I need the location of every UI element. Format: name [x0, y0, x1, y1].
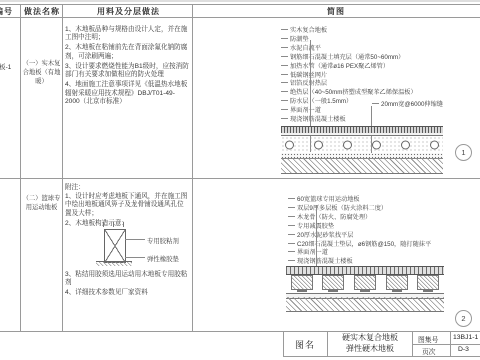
row1-expansion-joint-label: 20mm宽@6000伸缩缝 — [372, 99, 443, 108]
page-top-edge — [0, 0, 480, 2]
wood-block-sketch — [104, 229, 126, 263]
material-label: 界面剂一道 — [281, 107, 417, 116]
row2-section-diagram — [286, 266, 444, 311]
header-col-name: 做法名称 — [24, 6, 60, 17]
pipe-icon — [314, 140, 323, 149]
titleblock-line — [412, 344, 480, 345]
note-line: 4、详细技术参数见厂家资料 — [65, 289, 189, 297]
joist-block — [291, 275, 313, 290]
col-line-3 — [192, 4, 193, 331]
row1-name: （一）实木复合地板（有地暖） — [21, 59, 62, 86]
joist-block — [417, 275, 439, 290]
concrete-fill-layer — [281, 136, 443, 154]
joist-block — [322, 275, 344, 290]
spec-line: 4、地面施工注意事项详见《低温热水地板辐射采暖应用技术规程》DBJ/T01-49… — [65, 81, 189, 106]
pad-label: 弹性橡胶垫 — [147, 254, 179, 263]
col-line-1 — [20, 4, 21, 331]
detail-callout-1: 1 — [455, 144, 472, 161]
material-label: 双层9厚多层板（防火涂料二度） — [288, 205, 431, 214]
detail-callout-2: 2 — [455, 310, 472, 327]
row2-notes-bottom: 3、粘结用胶须选用运动用木地板专用胶粘剂4、详细技术参数见厂家资料 — [65, 271, 189, 299]
material-label: 绝热层（40~50mm挤塑成型聚苯乙烯保温板） — [281, 89, 417, 98]
header-bottom-line — [0, 17, 480, 18]
leader-line — [316, 205, 317, 267]
page-number-value: D-3 — [458, 346, 469, 353]
pipe-icon — [372, 140, 381, 149]
inset-base-hatch — [96, 261, 132, 266]
spec-line: 2、木地板在粘铺前先在背面涂氟化钠防腐剂，可涂刷两遍； — [65, 44, 189, 61]
spec-line: 1、木地板品种与规格由设计人定，并在施工图中注明； — [65, 26, 189, 43]
material-label: 木龙骨（防火、防腐处理） — [288, 214, 431, 223]
joist-layer — [286, 275, 444, 290]
material-label: 专用减震胶垫 — [288, 223, 431, 232]
notes-title: 附注： — [65, 184, 189, 192]
material-label: 60宽篮球专用运动地板 — [288, 196, 431, 205]
row2-notes-top: 1、设计时应考虑地板下通风，并在施工图中绘出地板通风箅子及龙骨铺设通风孔位置及大… — [65, 193, 189, 230]
titleblock-bottom-line — [283, 356, 480, 357]
drawing-name-line2: 弹性硬木地板 — [346, 344, 394, 354]
note-line: 3、粘结用胶须选用运动用木地板专用胶粘剂 — [65, 271, 189, 288]
row-divider-line — [0, 178, 480, 179]
row1-spec-list: 1、木地板品种与规格由设计人定，并在施工图中注明；2、木地板在粘铺前先在背面涂氟… — [65, 26, 189, 108]
material-label: 铝箔反射热层 — [281, 80, 417, 89]
col-line-2 — [62, 4, 63, 331]
row1-diagram-labels: 实木复合地板防潮垫水泥自流平钢筋细石混凝土填充层（通常50~60mm）加热水管（… — [281, 27, 417, 125]
table-top-line — [0, 4, 480, 5]
dimension-tick — [123, 222, 124, 227]
pipe-icon — [401, 140, 410, 149]
note-line: 2、木地板构造示意： — [65, 220, 189, 228]
titleblock-drawing-name: 硬实木复合地板 弹性硬木地板 — [328, 332, 412, 355]
header-col-spec: 用料及分层做法 — [97, 6, 160, 17]
atlas-number-label: 图集号 — [418, 334, 438, 344]
pipe-icon — [285, 140, 294, 149]
glue-label: 专用胶粘剂 — [147, 236, 179, 245]
joist-block — [354, 275, 376, 290]
titleblock-name-label: 图名 — [295, 338, 315, 351]
material-label: 20厚水泥砂浆找平层 — [288, 232, 431, 241]
slab-layer — [281, 158, 443, 174]
row2-name: （二）篮球专用运动地板 — [21, 194, 62, 212]
material-label: 水泥自流平 — [281, 45, 417, 54]
material-label: 现浇钢筋混凝土楼板 — [281, 116, 417, 125]
inset-leader-line — [125, 239, 145, 240]
pipe-icon — [430, 140, 439, 149]
header-col-id: 编号 — [0, 6, 13, 17]
slab-layer — [286, 297, 444, 312]
inset-leader-line — [125, 257, 145, 258]
atlas-page: 编号 做法名称 用料及分层做法 简图 地板-1 （一）实木复合地板（有地暖） 1… — [0, 0, 480, 360]
note-line: 1、设计时应考虑地板下通风，并在施工图中绘出地板通风箅子及龙骨铺设通风孔位置及大… — [65, 193, 189, 218]
joist-block — [386, 275, 408, 290]
dimension-tick — [113, 222, 114, 227]
dimension-tick — [103, 222, 104, 227]
drawing-name-line1: 硬实木复合地板 — [342, 333, 398, 343]
pipe-icon — [343, 140, 352, 149]
row1-code: 地板-1 — [0, 62, 11, 71]
material-label: 实木复合地板 — [281, 27, 417, 36]
material-label: 界面剂一道 — [288, 249, 431, 258]
titleblock-line — [283, 331, 284, 356]
material-label: 防潮垫 — [281, 36, 417, 45]
material-label: 加热水管（通常ø16 PEX聚乙烯管） — [281, 63, 417, 72]
row2-diagram-labels: 60宽篮球专用运动地板双层9厚多层板（防火涂料二度）木龙骨（防火、防腐处理）专用… — [288, 196, 431, 267]
row2-notes-title: 附注： — [65, 184, 189, 192]
row1-section-diagram — [281, 126, 443, 173]
page-number-label: 页次 — [422, 346, 436, 356]
atlas-number-value: 13BJ1-1 — [453, 334, 478, 341]
spec-line: 3、设计要求燃烧性能为B1级时，应按消防部门有关要求加做相应的防火处理 — [65, 63, 189, 80]
floor-board-layer — [286, 266, 444, 275]
heating-pipes — [285, 140, 439, 149]
material-label: 钢筋细石混凝土填充层（通常50~60mm） — [281, 54, 417, 63]
header-col-diagram: 简图 — [327, 6, 345, 17]
